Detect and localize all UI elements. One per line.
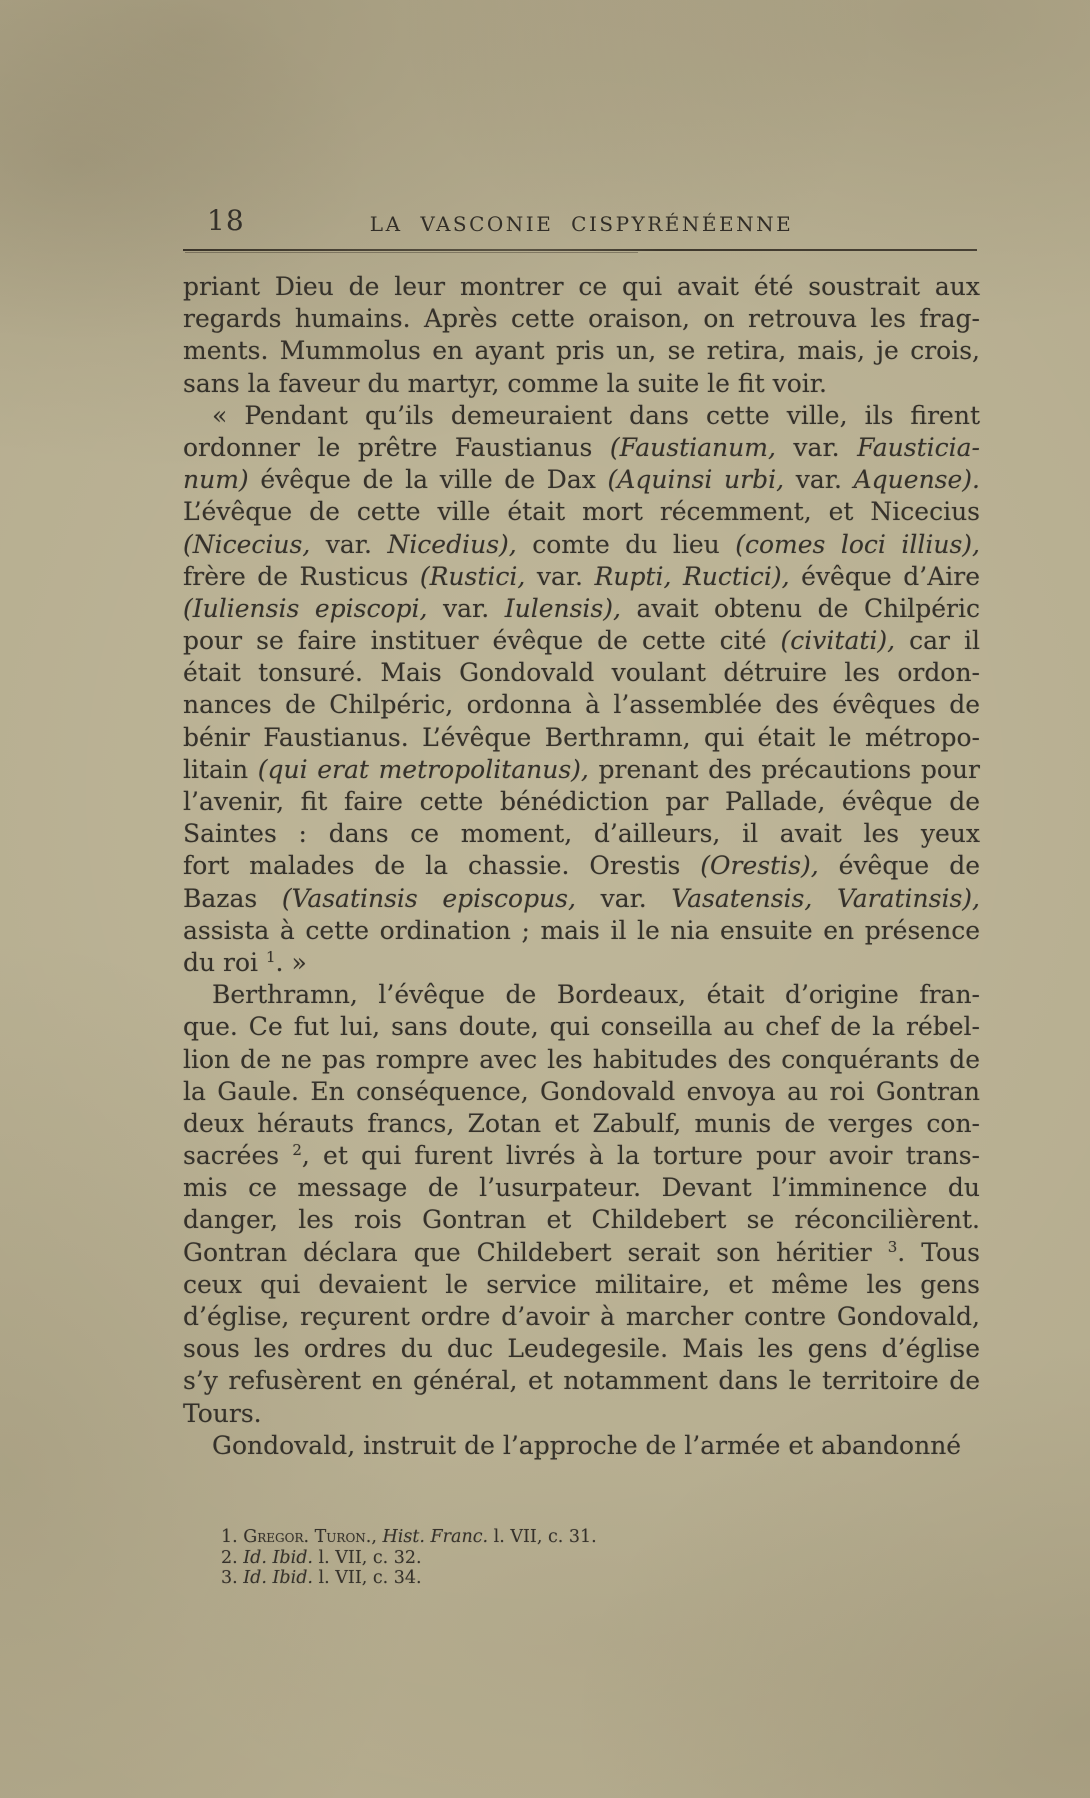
text-line: Berthramn, l’évêque de Bordeaux, était d… bbox=[183, 979, 980, 1011]
body-text: priant Dieu de leur montrer ce qui avait… bbox=[183, 271, 980, 1462]
text-line: ments. Mummolus en ayant pris un, se ret… bbox=[183, 335, 980, 367]
footnotes: 1. Gregor. Turon., Hist. Franc. l. VII, … bbox=[221, 1527, 981, 1589]
text-line: lion de ne pas rompre avec les habitudes… bbox=[183, 1044, 980, 1076]
text-line: frère de Rusticus (Rustici, var. Rupti, … bbox=[183, 561, 980, 593]
running-header-title: LA VASCONIE CISPYRÉNÉENNE bbox=[183, 211, 980, 237]
text-line: ceux qui devaient le service militaire, … bbox=[183, 1269, 980, 1301]
text-line: fort malades de la chassie. Orestis (Ore… bbox=[183, 850, 980, 882]
footnote-reference: 3 bbox=[888, 1238, 898, 1256]
text-line: litain (qui erat metropolitanus), prenan… bbox=[183, 754, 980, 786]
text-line: bénir Faustianus. L’évêque Berthramn, qu… bbox=[183, 722, 980, 754]
footnote-line: 1. Gregor. Turon., Hist. Franc. l. VII, … bbox=[221, 1527, 981, 1548]
text-line: s’y refusèrent en général, et notamment … bbox=[183, 1365, 980, 1397]
text-line: L’évêque de cette ville était mort récem… bbox=[183, 496, 980, 528]
scanned-book-page: 18 LA VASCONIE CISPYRÉNÉENNE priant Dieu… bbox=[0, 0, 1090, 1798]
footnote-line: 3. Id. Ibid. l. VII, c. 34. bbox=[221, 1568, 981, 1589]
text-line: num) évêque de la ville de Dax (Aquinsi … bbox=[183, 464, 980, 496]
text-line: Gondovald, instruit de l’approche de l’a… bbox=[183, 1430, 980, 1462]
text-line: que. Ce fut lui, sans doute, qui conseil… bbox=[183, 1011, 980, 1043]
text-line: sacrées 2, et qui furent livrés à la tor… bbox=[183, 1140, 980, 1172]
header-rule bbox=[183, 249, 977, 251]
text-line: (Iuliensis episcopi, var. Iulensis), ava… bbox=[183, 593, 980, 625]
text-line: la Gaule. En conséquence, Gondovald envo… bbox=[183, 1076, 980, 1108]
text-line: pour se faire instituer évêque de cette … bbox=[183, 625, 980, 657]
text-line: (Nicecius, var. Nicedius), comte du lieu… bbox=[183, 529, 980, 561]
text-line: Bazas (Vasatinsis episcopus, var. Vasate… bbox=[183, 883, 980, 915]
text-line: sans la faveur du martyr, comme la suite… bbox=[183, 368, 980, 400]
footnote-reference: 1 bbox=[266, 948, 276, 966]
footnote-reference: 2 bbox=[292, 1141, 302, 1159]
text-line: ordonner le prêtre Faustianus (Faustianu… bbox=[183, 432, 980, 464]
footnote-line: 2. Id. Ibid. l. VII, c. 32. bbox=[221, 1548, 981, 1569]
text-line: mis ce message de l’usurpateur. Devant l… bbox=[183, 1172, 980, 1204]
text-line: Tours. bbox=[183, 1398, 980, 1430]
text-line: était tonsuré. Mais Gondovald voulant dé… bbox=[183, 657, 980, 689]
text-line: assista à cette ordination ; mais il le … bbox=[183, 915, 980, 947]
text-line: Gontran déclara que Childebert serait so… bbox=[183, 1237, 980, 1269]
text-line: priant Dieu de leur montrer ce qui avait… bbox=[183, 271, 980, 303]
text-line: du roi 1. » bbox=[183, 947, 980, 979]
text-line: sous les ordres du duc Leudegesile. Mais… bbox=[183, 1333, 980, 1365]
text-line: deux hérauts francs, Zotan et Zabulf, mu… bbox=[183, 1108, 980, 1140]
text-line: l’avenir, fit faire cette bénédiction pa… bbox=[183, 786, 980, 818]
text-line: regards humains. Après cette oraison, on… bbox=[183, 303, 980, 335]
text-line: « Pendant qu’ils demeuraient dans cette … bbox=[183, 400, 980, 432]
text-line: danger, les rois Gontran et Childebert s… bbox=[183, 1204, 980, 1236]
text-line: d’église, reçurent ordre d’avoir à march… bbox=[183, 1301, 980, 1333]
text-line: Saintes : dans ce moment, d’ailleurs, il… bbox=[183, 818, 980, 850]
text-line: nances de Chilpéric, ordonna à l’assembl… bbox=[183, 689, 980, 721]
